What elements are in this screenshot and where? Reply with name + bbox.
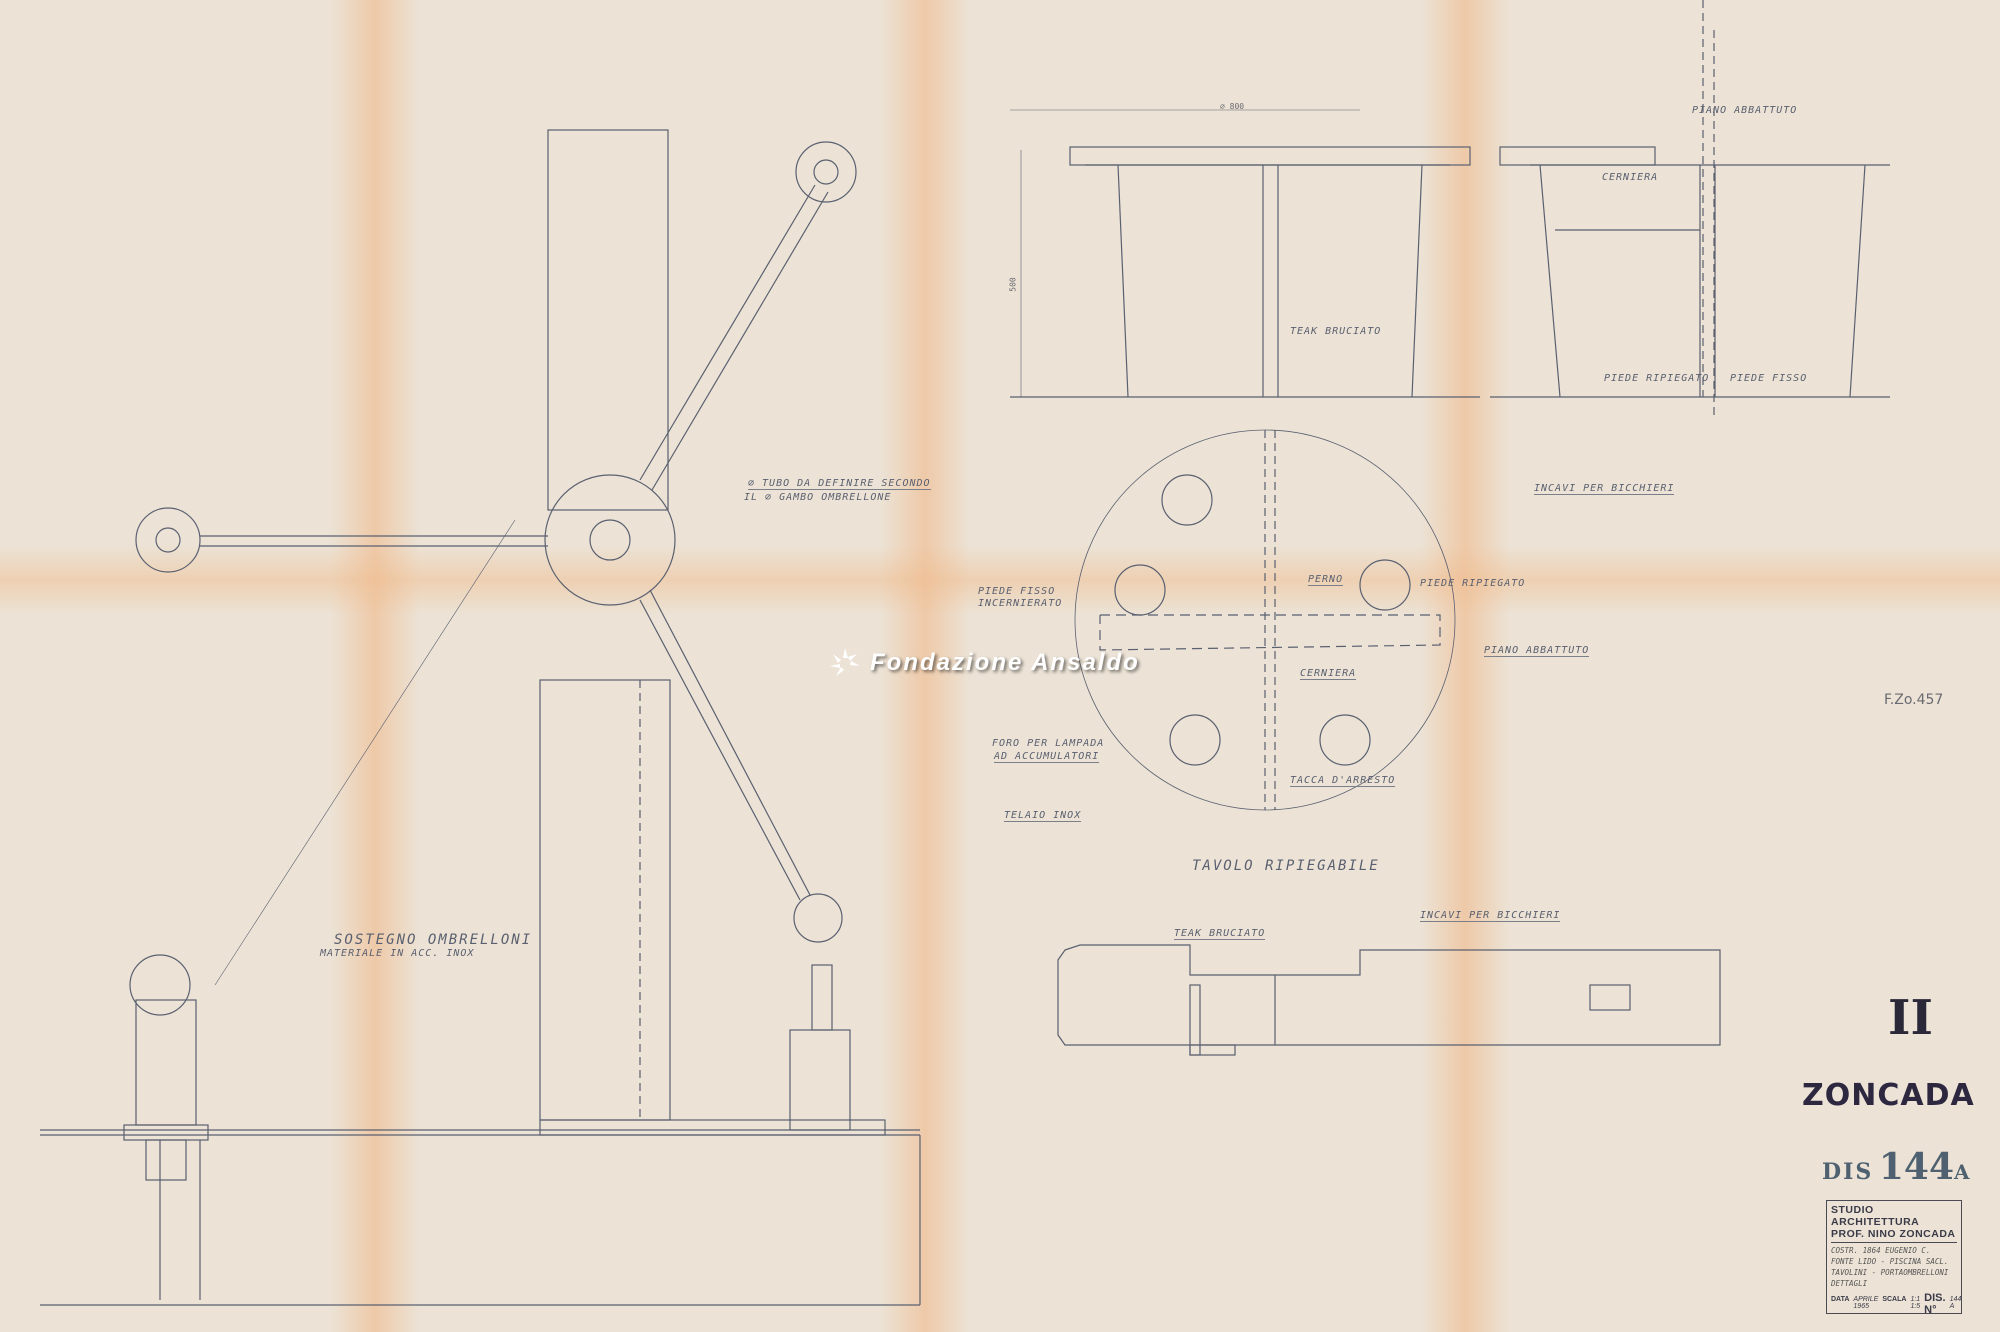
label-folded-top: PIANO ABBATTUTO [1692, 105, 1797, 116]
title-line: FONTE LIDO - PISCINA SACL. [1831, 1256, 1957, 1267]
title-footer: DATA APRILE 1965 SCALA 1:1 1:5 DIS. N° 1… [1831, 1292, 1957, 1316]
label-leg-folded-plan: PIEDE RIPIEGATO [1420, 578, 1525, 589]
tube-note-1: ⌀ TUBO DA DEFINIRE SECONDO [748, 478, 931, 490]
dis-value: 144 A [1950, 1296, 1962, 1310]
label-section-teak: TEAK BRUCIATO [1174, 928, 1265, 940]
label-hinge-plan: CERNIERA [1300, 668, 1356, 680]
title-line: COSTR. 1864 EUGENIO C. [1831, 1245, 1957, 1256]
professor-name: PROF. NINO ZONCADA [1831, 1228, 1957, 1240]
label-fixed-leg-1: PIEDE FISSO [978, 586, 1055, 597]
label-hinge-top: CERNIERA [1602, 172, 1658, 183]
title-line: DETTAGLI [1831, 1278, 1957, 1289]
dim-width: ⌀ 800 [1220, 102, 1244, 111]
label-fixed-leg-2: INCERNIERATO [978, 598, 1062, 609]
dis-stamp: DIS 144A [1822, 1146, 1970, 1188]
label-teak-elev: TEAK BRUCIATO [1290, 326, 1381, 337]
label-leg-folded: PIEDE RIPIEGATO [1604, 373, 1709, 384]
stand-title: SOSTEGNO OMBRELLONI [334, 932, 532, 948]
stand-material: MATERIALE IN ACC. INOX [320, 948, 474, 959]
label-pin: PERNO [1308, 574, 1343, 586]
label-leg-fixed: PIEDE FISSO [1730, 373, 1807, 384]
label-lamp-1: FORO PER LAMPADA [992, 738, 1104, 749]
drawing-sheet: ⌀ TUBO DA DEFINIRE SECONDO IL ⌀ GAMBO OM… [0, 0, 2000, 1332]
architect-stamp: ZONCADA [1802, 1078, 1975, 1113]
tube-note-2: IL ⌀ GAMBO OMBRELLONE [744, 492, 891, 503]
fondazione-logo-icon [828, 646, 862, 680]
label-stop-notch: TACCA D'ARRESTO [1290, 775, 1395, 787]
label-folded-plan: PIANO ABBATTUTO [1484, 645, 1589, 657]
watermark-text: Fondazione Ansaldo [870, 649, 1140, 677]
title-block: STUDIO ARCHITETTURA PROF. NINO ZONCADA C… [1826, 1200, 1962, 1314]
date-value: APRILE 1965 [1853, 1296, 1878, 1310]
sheet-roman-numeral: II [1888, 990, 1933, 1046]
label-glass-recesses: INCAVI PER BICCHIERI [1534, 483, 1674, 495]
label-section-recesses: INCAVI PER BICCHIERI [1420, 910, 1560, 922]
studio-name: STUDIO ARCHITETTURA [1831, 1204, 1957, 1228]
watermark: Fondazione Ansaldo [828, 646, 1140, 680]
archive-code: F.Zo.457 [1884, 692, 1943, 708]
title-line: TAVOLINI - PORTAOMBRELLONI [1831, 1267, 1957, 1278]
dim-height: 500 [1009, 277, 1018, 291]
scale-value: 1:1 1:5 [1910, 1296, 1920, 1310]
label-steel-frame: TELAIO INOX [1004, 810, 1081, 822]
label-lamp-2: AD ACCUMULATORI [994, 751, 1099, 763]
table-title: TAVOLO RIPIEGABILE [1192, 858, 1380, 874]
